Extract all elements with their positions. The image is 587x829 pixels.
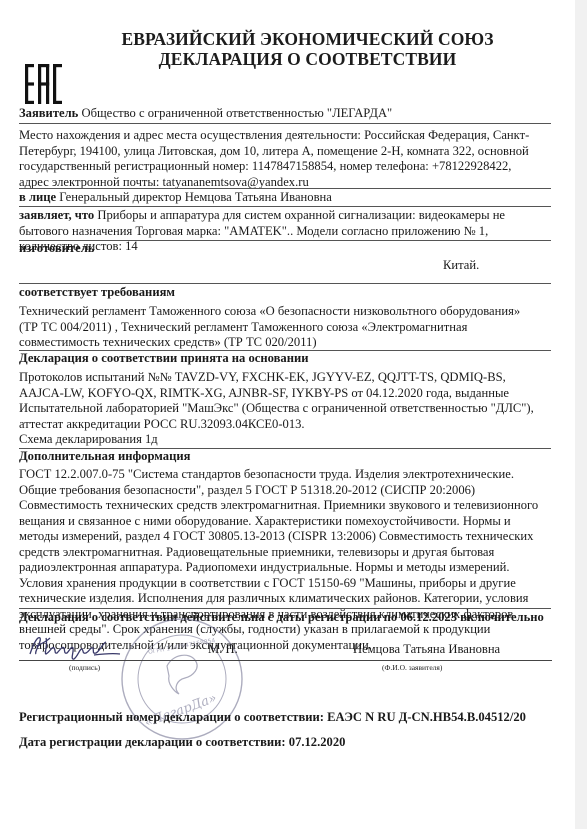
signature-icon — [24, 632, 124, 662]
divider — [19, 188, 551, 189]
name-caption: (Ф.И.О. заявителя) — [382, 663, 442, 672]
manufacturer-label: изготовитель — [19, 241, 94, 255]
applicant-row: Заявитель Общество с ограниченной ответс… — [19, 106, 549, 122]
registration-number-label: Регистрационный номер декларации о соотв… — [19, 710, 324, 724]
requirements-label: соответствует требованиям — [19, 285, 549, 301]
applicant-label: Заявитель — [19, 106, 78, 120]
declaration-scheme: Схема декларирования 1д — [19, 432, 549, 448]
manufacturer-country: Китай. — [443, 258, 479, 273]
registration-date-value: 07.12.2020 — [289, 735, 346, 749]
eac-logo-icon — [24, 62, 64, 106]
signatory-name: Немцова Татьяна Ивановна — [353, 642, 553, 658]
representative-label: в лице — [19, 190, 56, 204]
manufacturer-row: изготовитель — [19, 241, 549, 257]
registration-number-row: Регистрационный номер декларации о соотв… — [19, 710, 526, 725]
basis-heading: Декларация о соответствии принята на осн… — [19, 351, 308, 365]
declaration-page: ЕВРАЗИЙСКИЙ ЭКОНОМИЧЕСКИЙ СОЮЗ ДЕКЛАРАЦИ… — [0, 0, 575, 829]
registration-number-value: ЕАЭС N RU Д-CN.НВ54.В.04512/20 — [327, 710, 526, 724]
signature-line — [19, 660, 552, 661]
svg-text:ОГРН 1147847158854: ОГРН 1147847158854 — [148, 637, 216, 656]
validity-text: Декларация о соответствии действительна … — [19, 610, 544, 625]
stamp-place-label: М. П. — [208, 642, 268, 658]
registration-date-row: Дата регистрации декларации о соответств… — [19, 735, 345, 750]
additional-text: ГОСТ 12.2.007.0-75 "Система стандартов б… — [19, 467, 547, 653]
basis-label: Декларация о соответствии принята на осн… — [19, 351, 549, 367]
requirements-text: Технический регламент Таможенного союза … — [19, 304, 539, 351]
representative-value: Генеральный директор Немцова Татьяна Ива… — [59, 190, 332, 204]
requirements-heading: соответствует требованиям — [19, 285, 175, 299]
representative-row: в лице Генеральный директор Немцова Тать… — [19, 190, 549, 206]
divider — [19, 206, 551, 207]
applicant-value: Общество с ограниченной ответственностью… — [81, 106, 392, 120]
signature-caption: (подпись) — [69, 663, 100, 672]
address-text: Место нахождения и адрес места осуществл… — [19, 128, 539, 190]
declares-label: заявляет, что — [19, 208, 94, 222]
union-title: ЕВРАЗИЙСКИЙ ЭКОНОМИЧЕСКИЙ СОЮЗ — [20, 29, 587, 49]
additional-heading: Дополнительная информация — [19, 449, 190, 463]
document-title: ДЕКЛАРАЦИЯ О СООТВЕТСТВИИ — [20, 49, 587, 69]
basis-text: Протоколов испытаний №№ TAVZD-VY, FXCHK-… — [19, 370, 541, 432]
divider — [19, 123, 551, 124]
page-edge — [575, 0, 587, 829]
registration-date-label: Дата регистрации декларации о соответств… — [19, 735, 286, 749]
divider — [19, 283, 551, 284]
additional-label: Дополнительная информация — [19, 449, 549, 465]
divider — [19, 608, 551, 609]
